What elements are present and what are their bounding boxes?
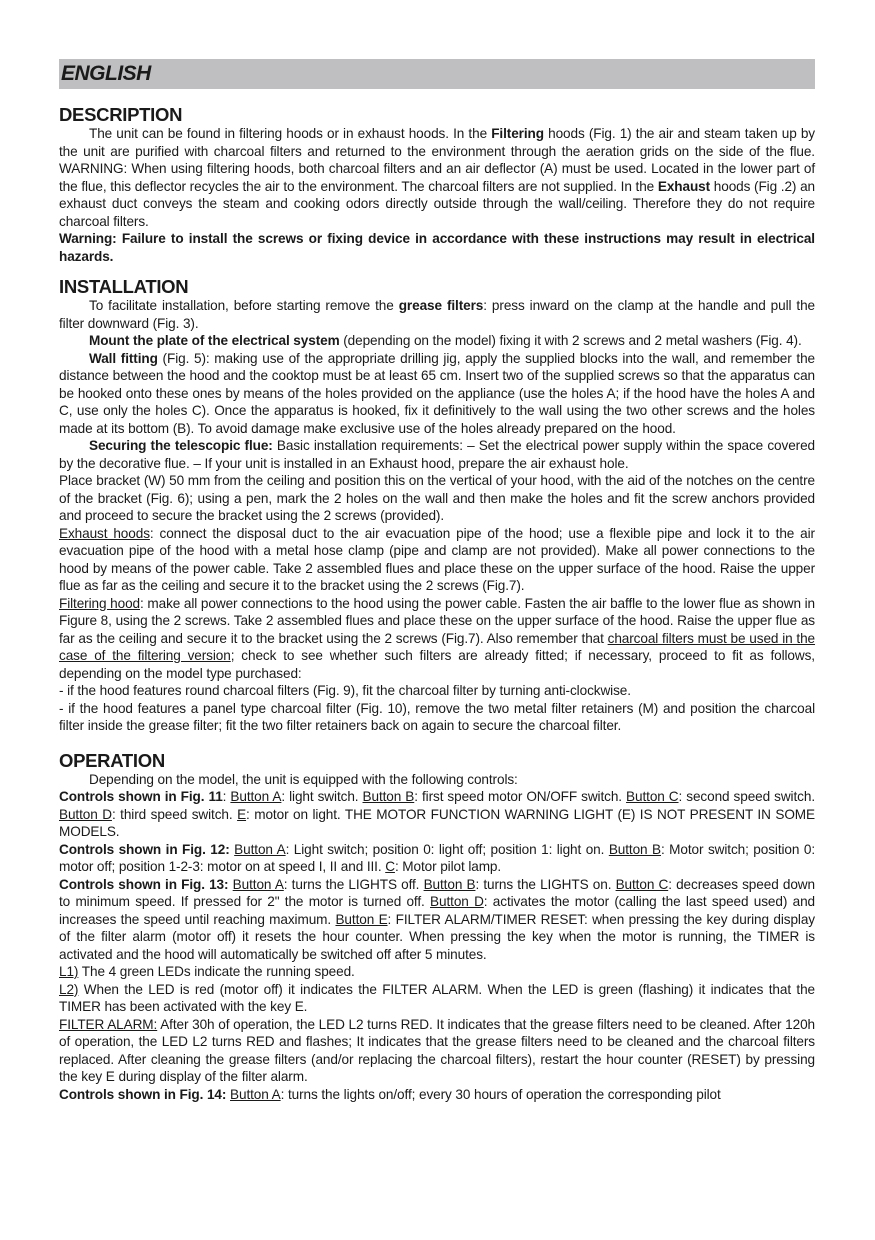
operation-intro: Depending on the model, the unit is equi…: [59, 771, 815, 789]
text: : turns the LIGHTS off.: [284, 877, 424, 892]
text: : Motor pilot lamp.: [395, 859, 501, 874]
text: When the LED is red (motor off) it indic…: [59, 982, 815, 1015]
l2-ref: L2): [59, 982, 78, 997]
text: : second speed switch.: [679, 789, 815, 804]
text: (depending on the model) fixing it with …: [340, 333, 802, 348]
text: : light switch.: [281, 789, 362, 804]
bold-label: Controls shown in Fig. 13:: [59, 877, 228, 892]
button-e-ref: Button E: [335, 912, 387, 927]
language-header-bar: ENGLISH: [59, 59, 815, 89]
bold-term-filtering: Filtering: [491, 126, 544, 141]
bold-term: Mount the plate of the electrical system: [89, 333, 340, 348]
button-c-ref: Button C: [616, 877, 669, 892]
bold-term: Securing the telescopic flue:: [89, 438, 273, 453]
button-a-ref: Button A: [230, 789, 281, 804]
text: : turns the LIGHTS on.: [475, 877, 615, 892]
installation-bracket: Place bracket (W) 50 mm from the ceiling…: [59, 472, 815, 525]
bold-term: grease filters: [399, 298, 484, 313]
installation-round-filters: - if the hood features round charcoal fi…: [59, 682, 815, 700]
description-warning: Warning: Failure to install the screws o…: [59, 230, 815, 265]
underlined-term: Filtering hood: [59, 596, 140, 611]
button-a-ref: Button A: [230, 1087, 281, 1102]
manual-page: ENGLISH DESCRIPTION The unit can be foun…: [59, 59, 815, 1103]
text: (Fig. 5): making use of the appropriate …: [59, 351, 815, 436]
controls-fig-12: Controls shown in Fig. 12: Button A: Lig…: [59, 841, 815, 876]
button-b-ref: Button B: [424, 877, 476, 892]
controls-fig-13: Controls shown in Fig. 13: Button A: tur…: [59, 876, 815, 964]
installation-exhaust-hoods: Exhaust hoods: connect the disposal duct…: [59, 525, 815, 595]
button-a-ref: Button A: [233, 877, 284, 892]
installation-filtering-hood: Filtering hood: make all power connectio…: [59, 595, 815, 683]
controls-fig-11: Controls shown in Fig. 11: Button A: lig…: [59, 788, 815, 841]
text: : turns the lights on/off; every 30 hour…: [281, 1087, 721, 1102]
led-l1-note: L1) The 4 green LEDs indicate the runnin…: [59, 963, 815, 981]
text: The unit can be found in filtering hoods…: [89, 126, 491, 141]
text: : first speed motor ON/OFF switch.: [414, 789, 626, 804]
language-title: ENGLISH: [61, 65, 151, 83]
installation-grease-filters: To facilitate installation, before start…: [59, 297, 815, 332]
installation-panel-filters: - if the hood features a panel type char…: [59, 700, 815, 735]
bold-label: Controls shown in Fig. 11: [59, 789, 223, 804]
controls-fig-14: Controls shown in Fig. 14: Button A: tur…: [59, 1086, 815, 1104]
section-title-description: DESCRIPTION: [59, 105, 815, 125]
text: : connect the disposal duct to the air e…: [59, 526, 815, 594]
text: To facilitate installation, before start…: [89, 298, 399, 313]
button-d-ref: Button D: [430, 894, 484, 909]
section-title-installation: INSTALLATION: [59, 277, 815, 297]
button-c-ref: Button C: [626, 789, 678, 804]
c-ref: C: [385, 859, 395, 874]
section-title-operation: OPERATION: [59, 751, 815, 771]
text: After 30h of operation, the LED L2 turns…: [59, 1017, 815, 1085]
button-a-ref: Button A: [234, 842, 285, 857]
filter-alarm-note: FILTER ALARM: After 30h of operation, th…: [59, 1016, 815, 1086]
description-paragraph: The unit can be found in filtering hoods…: [59, 125, 815, 230]
bold-term-exhaust: Exhaust: [658, 179, 710, 194]
installation-electrical-plate: Mount the plate of the electrical system…: [59, 332, 815, 350]
button-b-ref: Button B: [609, 842, 661, 857]
text: The 4 green LEDs indicate the running sp…: [78, 964, 354, 979]
led-l2-note: L2) When the LED is red (motor off) it i…: [59, 981, 815, 1016]
button-d-ref: Button D: [59, 807, 112, 822]
l1-ref: L1): [59, 964, 78, 979]
button-b-ref: Button B: [363, 789, 415, 804]
text: : Light switch; position 0: light off; p…: [286, 842, 609, 857]
bold-label: Controls shown in Fig. 12:: [59, 842, 230, 857]
installation-telescopic-flue: Securing the telescopic flue: Basic inst…: [59, 437, 815, 472]
underlined-term: Exhaust hoods: [59, 526, 150, 541]
e-ref: E: [237, 807, 246, 822]
bold-label: Controls shown in Fig. 14:: [59, 1087, 226, 1102]
bold-term: Wall fitting: [89, 351, 158, 366]
text: : third speed switch.: [112, 807, 237, 822]
installation-wall-fitting: Wall fitting (Fig. 5): making use of the…: [59, 350, 815, 438]
filter-alarm-ref: FILTER ALARM:: [59, 1017, 157, 1032]
